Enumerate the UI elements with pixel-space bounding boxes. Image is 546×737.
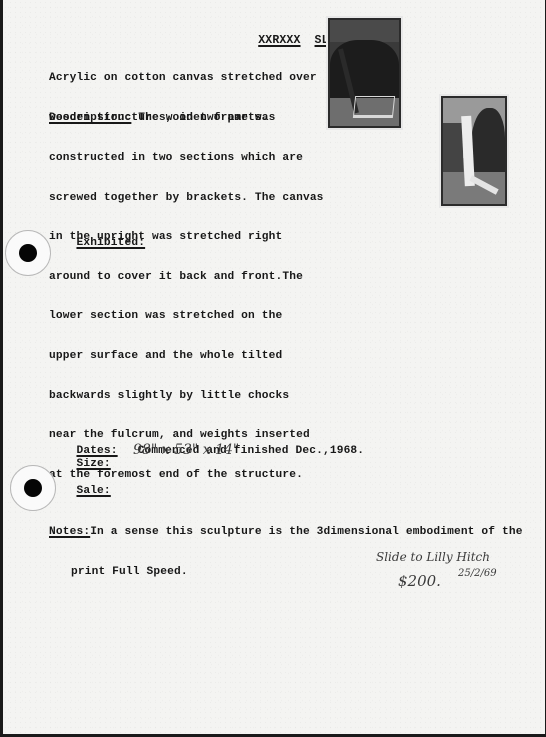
description-label: Description: (49, 112, 131, 124)
size-value-handwritten: 98" x 53" x 14" (133, 442, 239, 458)
sculpture-photo-side-view (328, 18, 401, 128)
exhibited-label: Exhibited: (76, 237, 145, 249)
description-line: screwed together by brackets. The canvas (49, 192, 324, 205)
notes-label: Notes: (49, 526, 90, 538)
punch-hole (10, 465, 56, 511)
description-line: backwards slightly by little chocks (49, 390, 324, 403)
punch-hole (5, 230, 51, 276)
document-page: XXRXXXSLANT Acrylic on cotton canvas str… (3, 0, 545, 734)
notes-line: print Full Speed. (49, 566, 523, 579)
handwritten-amount: $200. (398, 572, 441, 590)
description-line: constructed in two sections which are (49, 152, 324, 165)
medium-line: Acrylic on cotton canvas stretched over (49, 72, 317, 85)
description-line: upper surface and the whole tilted (49, 350, 324, 363)
description-line: lower section was stretched on the (49, 310, 324, 323)
sculpture-photo-front-view (441, 96, 507, 206)
notes-line: In a sense this sculpture is the 3dimens… (90, 526, 522, 538)
sale-label: Sale: (76, 485, 110, 497)
size-label: Size: (76, 458, 110, 470)
handwritten-date: 25/2/69 (458, 568, 497, 579)
description-line: The wooden frame was (131, 112, 275, 124)
description-line: around to cover it back and front.The (49, 271, 324, 284)
handwritten-slide-note: Slide to Lilly Hitch (376, 550, 490, 564)
exhibited-section: Exhibited: (49, 224, 145, 264)
